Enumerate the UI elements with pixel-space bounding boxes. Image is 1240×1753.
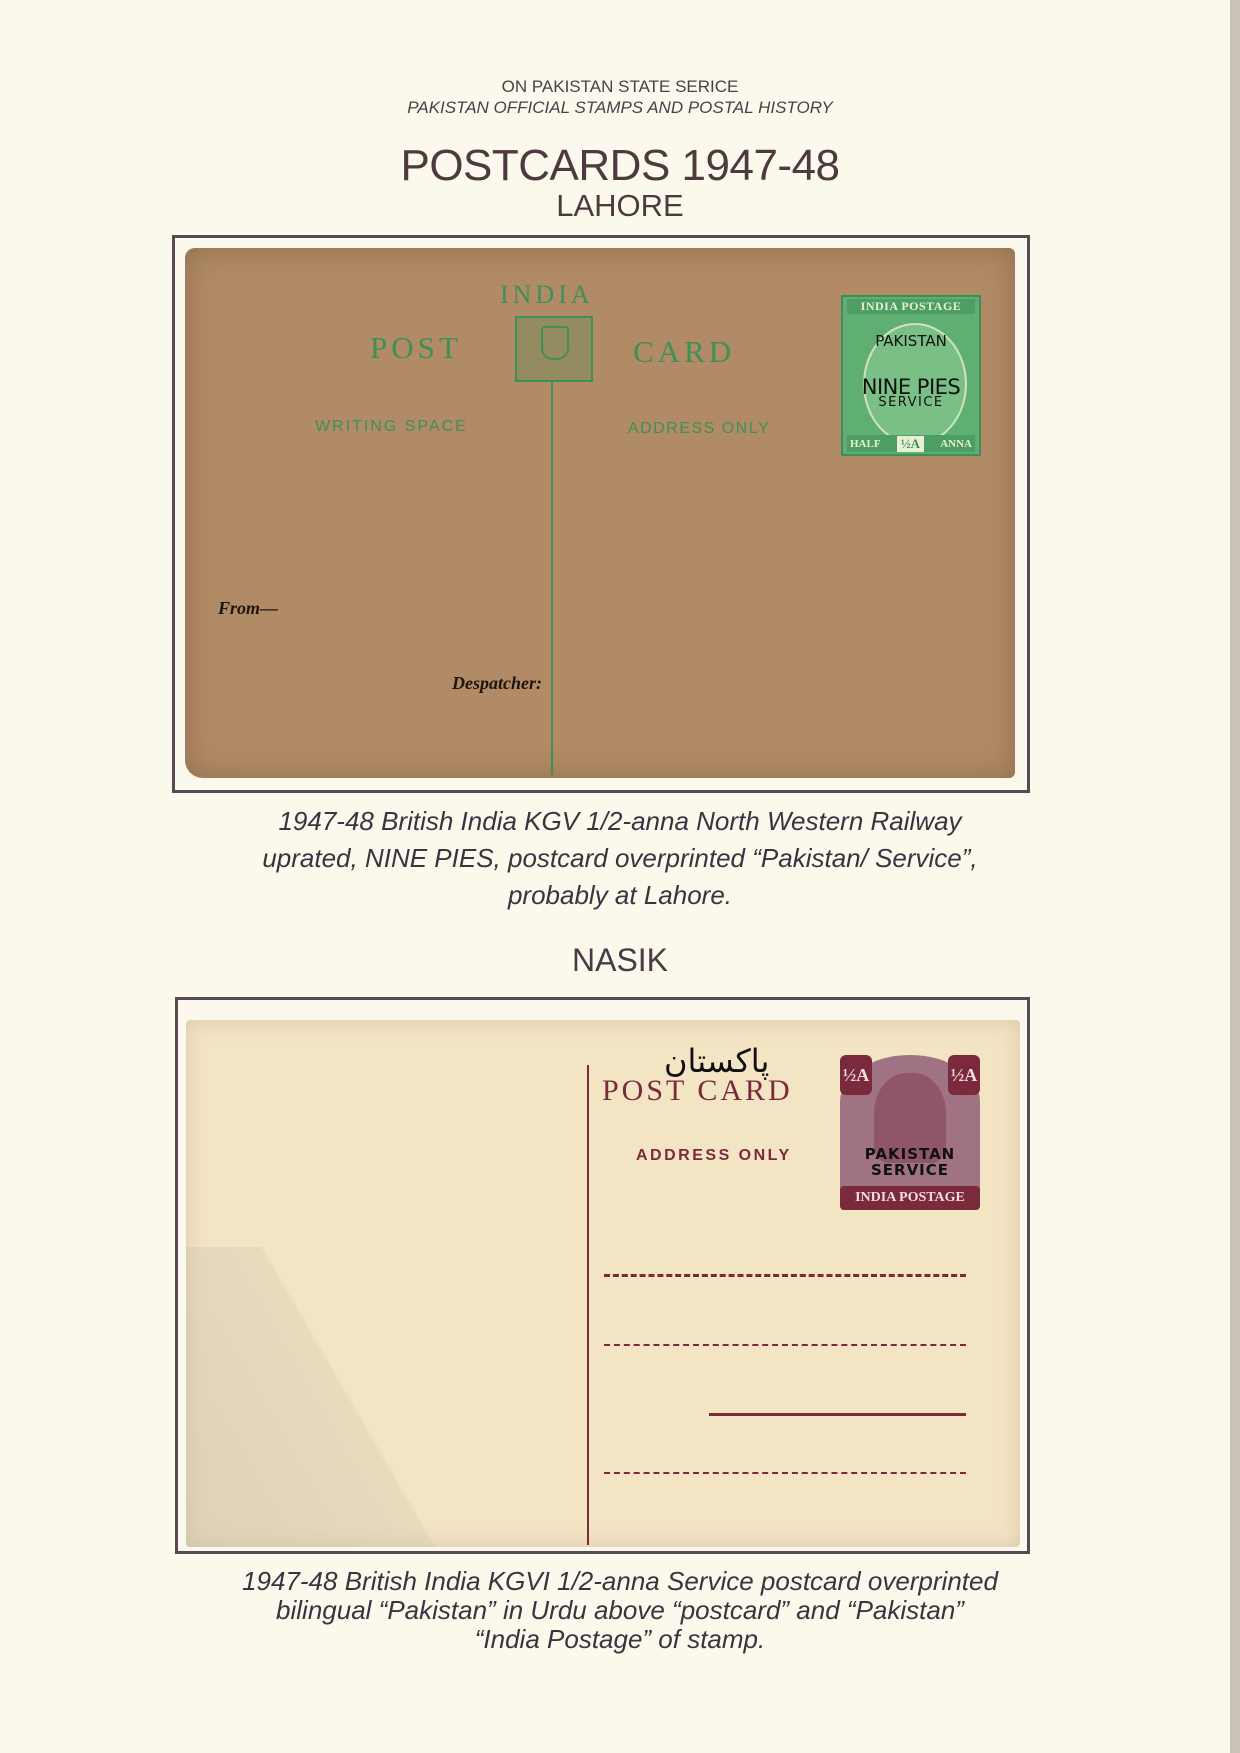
address-only-label: ADDRESS ONLY [628,420,770,438]
address-line-3 [709,1413,966,1416]
address-line-4 [604,1472,966,1474]
caption-nasik-line-2: bilingual “Pakistan” in Urdu above “post… [0,1596,1240,1625]
caption-nasik: 1947-48 British India KGVI 1/2-anna Serv… [0,1567,1240,1654]
caption-lahore-line-2: uprated, NINE PIES, postcard overprinted… [0,840,1240,877]
stamp-value-right: ½A [948,1055,980,1095]
card-divider-line [551,380,553,775]
overprint-pakistan: PAKISTAN [843,332,979,350]
postcard-nasik: پاکستان POST CARD ADDRESS ONLY ½A ½A PAK… [186,1020,1020,1547]
stamp-value: ½A [897,436,924,452]
overprint-service: SERVICE [843,395,979,410]
writing-space-label: WRITING SPACE [315,418,468,436]
address-line-2 [604,1344,966,1346]
card-label: CARD [633,334,735,370]
coat-of-arms-icon [515,316,593,382]
despatcher-label: Despatcher: [452,673,542,694]
caption-lahore-line-1: 1947-48 British India KGV 1/2-anna North… [0,803,1240,840]
caption-nasik-line-1: 1947-48 British India KGVI 1/2-anna Serv… [0,1567,1240,1596]
card-frame-lahore: INDIA POST CARD WRITING SPACE ADDRESS ON… [172,235,1030,793]
kgv-stamp: INDIA POSTAGE PAKISTAN NINE PIES SERVICE… [841,295,981,456]
post-label: POST [370,330,462,366]
caption-nasik-line-3: “India Postage” of stamp. [0,1625,1240,1654]
postcard-lahore: INDIA POST CARD WRITING SPACE ADDRESS ON… [185,248,1015,778]
card-country: INDIA [500,280,594,310]
address-only-label: ADDRESS ONLY [636,1147,792,1165]
from-label: From— [218,598,278,619]
overprint-service: SERVICE [840,1161,980,1179]
kgvi-stamp: ½A ½A PAKISTAN SERVICE INDIA POSTAGE [840,1055,980,1210]
post-card-label: POST CARD [602,1074,793,1108]
header-line-2: PAKISTAN OFFICIAL STAMPS AND POSTAL HIST… [0,98,1240,118]
caption-lahore-line-3: probably at Lahore. [0,877,1240,914]
stamp-bottom-band: INDIA POSTAGE [840,1186,980,1210]
card-divider-line [587,1065,589,1545]
stamp-top-band: INDIA POSTAGE [847,299,975,314]
section-heading-lahore: LAHORE [0,188,1240,224]
page-title: POSTCARDS 1947-48 [0,141,1240,191]
paper-shadow [186,1247,506,1547]
card-frame-nasik: پاکستان POST CARD ADDRESS ONLY ½A ½A PAK… [175,997,1030,1554]
section-heading-nasik: NASIK [0,942,1240,979]
stamp-value-left: ½A [840,1055,872,1095]
stamp-anna-label: ANNA [940,438,972,450]
stamp-half-label: HALF [850,438,881,450]
caption-lahore: 1947-48 British India KGV 1/2-anna North… [0,803,1240,914]
header-line-1: ON PAKISTAN STATE SERICE [0,77,1240,97]
address-line-1 [604,1274,966,1277]
stamp-bottom-band: HALF ½A ANNA [847,435,975,452]
